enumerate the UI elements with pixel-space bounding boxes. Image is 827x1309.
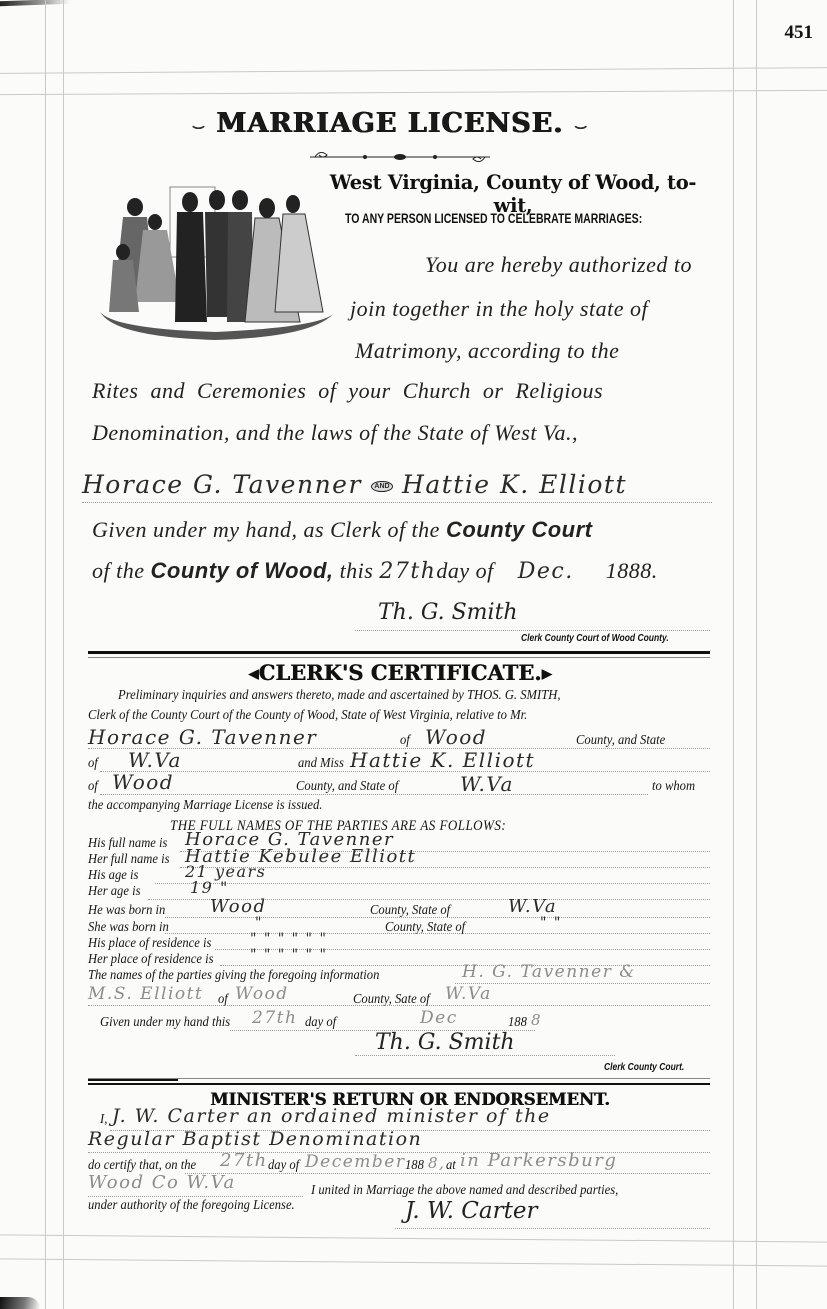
signature-line (355, 1055, 615, 1056)
informant-2: M.S. Elliott (88, 984, 203, 1004)
section-divider (88, 1078, 710, 1079)
cert-groom-name: Horace G. Tavenner (88, 725, 317, 749)
page-number: 451 (785, 22, 814, 44)
her-age-value: 19 " (190, 878, 229, 897)
and-badge: AND (371, 481, 392, 492)
license-body-line: join together in the holy state of (350, 296, 648, 322)
license-day: 27th (379, 559, 436, 584)
license-subheading: TO ANY PERSON LICENSED TO CELEBRATE MARR… (345, 211, 688, 226)
ledger-line (0, 1234, 827, 1242)
he-born-state: W.Va (508, 896, 557, 917)
informant-county: Wood (235, 984, 289, 1004)
cert-signature-title: Clerk County Court. (604, 1062, 684, 1073)
cert-given-day: 27th (252, 1008, 297, 1028)
margin-line-right-2 (756, 0, 757, 1309)
signature-line (355, 630, 710, 631)
cert-given-month: Dec (420, 1008, 458, 1028)
arrow-left-icon: ◂ (248, 660, 259, 685)
fill-line (100, 794, 648, 795)
given-line-2: of the County of Wood, this 27thday of D… (92, 558, 658, 584)
minister-place-1: in Parkersburg (460, 1150, 617, 1171)
arrow-right-icon: ▸ (541, 660, 552, 685)
issued-line: the accompanying Marriage License is iss… (88, 798, 322, 814)
certificate-intro: Clerk of the County Court of the County … (88, 708, 527, 724)
cert-bride-name: Hattie K. Elliott (350, 748, 535, 772)
informant-1: H. G. Tavenner & (462, 962, 636, 982)
fill-line (155, 883, 710, 884)
ornament-icon: ⌣ (574, 113, 588, 137)
page-edge-shadow (0, 1297, 40, 1309)
minister-day: 27th (220, 1150, 268, 1171)
wedding-engraving-image (95, 172, 340, 342)
clerk-title: Clerk County Court of Wood County. (521, 633, 669, 644)
cert-groom-county: Wood (425, 725, 487, 749)
fill-line (88, 1196, 303, 1197)
cert-bride-county: Wood (112, 770, 174, 794)
clerk-signature: Th. G. Smith (378, 600, 518, 625)
license-month: Dec. (518, 559, 574, 584)
cert-bride-state: W.Va (460, 772, 514, 796)
fill-line (82, 502, 712, 503)
fill-line (165, 917, 710, 918)
flourish-divider-icon (305, 152, 495, 162)
license-body-line: Matrimony, according to the (355, 338, 619, 364)
margin-line-left-1 (45, 0, 46, 1309)
fill-line (165, 933, 710, 934)
license-body-line: Rites and Ceremonies of your Church or R… (92, 378, 603, 404)
given-line-1: Given under my hand, as Clerk of the Cou… (92, 517, 592, 543)
minister-line-2: Regular Baptist Denomination (88, 1128, 422, 1150)
fill-line (185, 1173, 710, 1174)
cert-groom-state: W.Va (128, 748, 182, 772)
margin-line-right-1 (733, 0, 734, 1309)
certificate-intro: Preliminary inquiries and answers theret… (118, 688, 560, 704)
fill-line (455, 983, 710, 984)
ledger-line (0, 67, 827, 74)
informant-state: W.Va (445, 984, 492, 1004)
ornament-icon: ⌣ (192, 113, 206, 137)
he-born-county: Wood (210, 896, 266, 917)
signature-line (395, 1228, 710, 1229)
fill-line (100, 771, 710, 772)
minister-line-1: J. W. Carter an ordained minister of the (112, 1105, 551, 1127)
license-body-line: Denomination, and the laws of the State … (92, 420, 578, 446)
clerk-certificate-title: ◂CLERK'S CERTIFICATE.▸ (190, 660, 610, 685)
groom-name-handwritten: Horace G. Tavenner AND Hattie K. Elliott (82, 470, 627, 499)
ledger-line (0, 1258, 827, 1266)
page-edge-shadow (0, 0, 70, 6)
section-divider (88, 657, 710, 658)
margin-line-left-2 (63, 0, 64, 1309)
section-divider (88, 651, 710, 654)
minister-signature: J. W. Carter (405, 1198, 537, 1224)
cert-clerk-signature: Th. G. Smith (375, 1030, 515, 1055)
minister-place-2: Wood Co W.Va (88, 1172, 236, 1193)
license-title: ⌣ MARRIAGE LICENSE. ⌣ (150, 108, 630, 139)
section-divider (88, 1083, 710, 1085)
ledger-line (0, 90, 827, 95)
license-body-line: You are hereby authorized to (425, 252, 692, 278)
minister-month: December (305, 1152, 405, 1172)
fill-line (88, 1005, 710, 1006)
license-year: 1888. (606, 558, 658, 583)
